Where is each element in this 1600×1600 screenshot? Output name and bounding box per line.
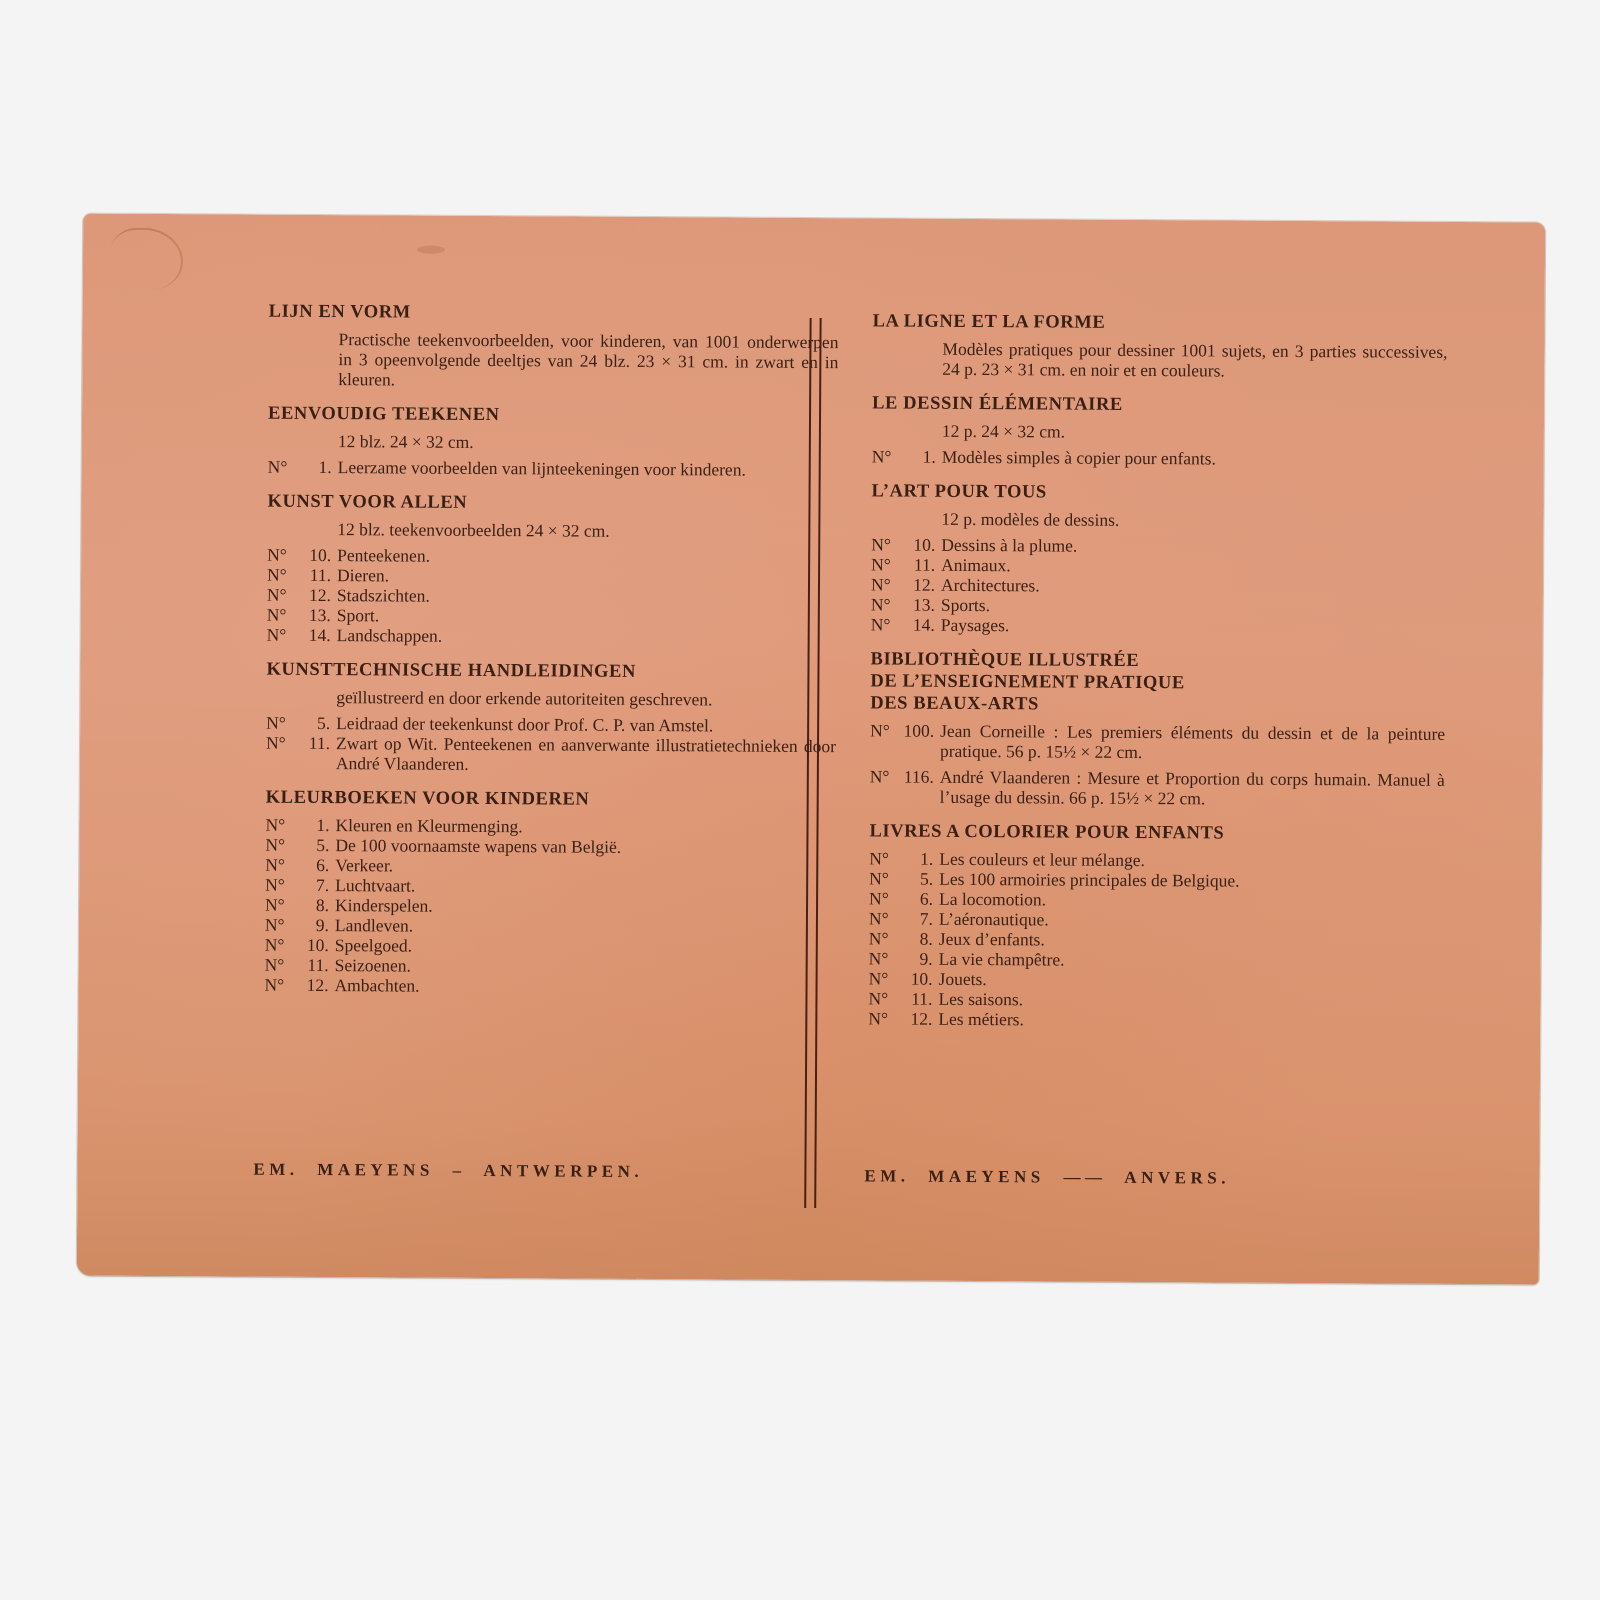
item-number-sign: N°	[265, 915, 289, 935]
item-number-sign: N°	[267, 585, 291, 605]
item-number: 10.	[893, 969, 939, 989]
item-number-sign: N°	[871, 594, 895, 614]
item-number-sign: N°	[267, 625, 291, 645]
item-number: 8.	[893, 929, 939, 949]
item-number: 10.	[291, 545, 337, 565]
item-number-sign: N°	[868, 1008, 892, 1028]
item-number-sign: N°	[268, 457, 292, 477]
catalog-item: N°116.André Vlaanderen : Mesure et Propo…	[870, 766, 1445, 810]
french-column: LA LIGNE ET LA FORMEModèles pratiques po…	[868, 310, 1447, 1045]
item-number: 5.	[289, 835, 335, 855]
item-number: 14.	[291, 625, 337, 645]
catalog-item: N°1.Leerzame voorbeelden van lijnteekeni…	[268, 457, 838, 480]
item-number: 10.	[895, 535, 941, 555]
catalog-item: N°12.Ambachten.	[264, 975, 834, 998]
item-number: 5.	[290, 713, 336, 733]
item-title: Leerzame voorbeelden van lijnteekeningen…	[338, 457, 838, 480]
section-heading: L’ART POUR TOUS	[872, 480, 1447, 506]
dutch-column: LIJN EN VORMPractische teekenvoorbeelden…	[264, 301, 838, 1012]
item-number-sign: N°	[267, 605, 291, 625]
catalog-item: N°100.Jean Corneille : Les premiers élém…	[870, 720, 1445, 764]
section-heading: LA LIGNE ET LA FORME	[873, 310, 1448, 336]
item-number-sign: N°	[869, 888, 893, 908]
item-number: 6.	[289, 855, 335, 875]
section-heading: KUNSTTECHNISCHE HANDLEIDINGEN	[266, 659, 836, 684]
section-description: Practische teekenvoorbeelden, voor kinde…	[268, 329, 838, 392]
section-description: 12 p. modèles de dessins.	[871, 508, 1446, 532]
catalog-section: LIVRES A COLORIER POUR ENFANTSN°1.Les co…	[868, 820, 1444, 1032]
item-number-sign: N°	[265, 815, 289, 835]
catalog-section: KUNSTTECHNISCHE HANDLEIDINGENgeïllustree…	[266, 659, 837, 776]
item-number: 1.	[289, 815, 335, 835]
item-number: 5.	[893, 869, 939, 889]
item-number-sign: N°	[266, 733, 290, 773]
item-title: Modèles simples à copier pour enfants.	[942, 447, 1447, 470]
item-number-sign: N°	[871, 574, 895, 594]
item-number-sign: N°	[871, 614, 895, 634]
item-number-sign: N°	[265, 835, 289, 855]
item-number: 1.	[896, 447, 942, 467]
section-heading: EENVOUDIG TEEKENEN	[268, 403, 838, 428]
catalog-section: BIBLIOTHÈQUE ILLUSTRÉE DE L’ENSEIGNEMENT…	[870, 648, 1446, 810]
catalog-section: LA LIGNE ET LA FORMEModèles pratiques po…	[872, 310, 1447, 382]
item-number: 11.	[895, 555, 941, 575]
catalog-sheet: LIJN EN VORMPractische teekenvoorbeelden…	[77, 214, 1545, 1285]
item-number: 14.	[895, 615, 941, 635]
catalog-section: LE DESSIN ÉLÉMENTAIRE12 p. 24 × 32 cm.N°…	[872, 392, 1447, 470]
catalog-item: N°11.Zwart op Wit. Penteekenen en aanver…	[266, 733, 836, 776]
item-number: 11.	[892, 989, 938, 1009]
section-heading: LIJN EN VORM	[269, 301, 839, 326]
paper-spot	[417, 246, 445, 254]
item-number-sign: N°	[265, 935, 289, 955]
item-number: 12.	[288, 975, 334, 995]
item-number: 116.	[894, 767, 940, 807]
catalog-item: N°14.Paysages.	[871, 614, 1446, 638]
item-number: 7.	[893, 909, 939, 929]
item-number-sign: N°	[869, 948, 893, 968]
item-number: 100.	[894, 721, 940, 761]
item-number-sign: N°	[265, 955, 289, 975]
item-number: 12.	[895, 575, 941, 595]
publisher-footer-french: EM. MAEYENS —— ANVERS.	[864, 1166, 1230, 1188]
catalog-section: KLEURBOEKEN VOOR KINDERENN°1.Kleuren en …	[264, 787, 835, 998]
section-description: 12 blz. 24 × 32 cm.	[268, 431, 838, 454]
item-number-sign: N°	[265, 875, 289, 895]
item-number-sign: N°	[265, 895, 289, 915]
item-number: 11.	[290, 733, 336, 773]
item-number: 1.	[292, 457, 338, 477]
item-title: Ambachten.	[334, 975, 834, 998]
item-number-sign: N°	[267, 565, 291, 585]
section-heading: KLEURBOEKEN VOOR KINDEREN	[266, 787, 836, 812]
item-number: 12.	[291, 585, 337, 605]
item-title: André Vlaanderen : Mesure et Proportion …	[940, 767, 1445, 810]
item-number: 13.	[895, 595, 941, 615]
item-number: 13.	[291, 605, 337, 625]
section-description: 12 p. 24 × 32 cm.	[872, 420, 1447, 444]
item-number-sign: N°	[264, 975, 288, 995]
item-number-sign: N°	[869, 848, 893, 868]
item-title: Landschappen.	[337, 625, 837, 648]
publisher-footer-dutch: EM. MAEYENS – ANTWERPEN.	[253, 1160, 643, 1182]
item-title: Zwart op Wit. Penteekenen en aanverwante…	[336, 733, 836, 776]
item-number-sign: N°	[870, 766, 894, 806]
item-number-sign: N°	[267, 545, 291, 565]
section-heading: LE DESSIN ÉLÉMENTAIRE	[872, 392, 1447, 418]
item-title: Paysages.	[941, 615, 1446, 638]
section-heading: LIVRES A COLORIER POUR ENFANTS	[869, 820, 1444, 846]
item-number-sign: N°	[872, 446, 896, 466]
catalog-item: N°12.Les métiers.	[868, 1008, 1443, 1032]
item-number: 12.	[892, 1009, 938, 1029]
item-number: 9.	[289, 915, 335, 935]
catalog-section: KUNST VOOR ALLEN12 blz. teekenvoorbeelde…	[267, 491, 838, 648]
item-number: 11.	[289, 955, 335, 975]
catalog-section: EENVOUDIG TEEKENEN12 blz. 24 × 32 cm.N°1…	[268, 403, 838, 480]
item-number-sign: N°	[870, 720, 894, 760]
item-number-sign: N°	[265, 855, 289, 875]
item-title: Jean Corneille : Les premiers éléments d…	[940, 721, 1445, 764]
section-heading: KUNST VOOR ALLEN	[267, 491, 837, 516]
section-description: Modèles pratiques pour dessiner 1001 suj…	[872, 338, 1447, 382]
item-number: 11.	[291, 565, 337, 585]
item-number-sign: N°	[869, 908, 893, 928]
water-stain	[111, 228, 183, 290]
item-number-sign: N°	[871, 534, 895, 554]
item-number-sign: N°	[871, 554, 895, 574]
section-heading: BIBLIOTHÈQUE ILLUSTRÉE DE L’ENSEIGNEMENT…	[870, 648, 1445, 718]
item-title: Les métiers.	[938, 1009, 1443, 1032]
catalog-section: LIJN EN VORMPractische teekenvoorbeelden…	[268, 301, 839, 392]
item-number-sign: N°	[869, 968, 893, 988]
item-number-sign: N°	[266, 713, 290, 733]
item-number-sign: N°	[868, 988, 892, 1008]
item-number-sign: N°	[869, 868, 893, 888]
catalog-section: L’ART POUR TOUS12 p. modèles de dessins.…	[871, 480, 1447, 638]
item-number-sign: N°	[869, 928, 893, 948]
item-number: 8.	[289, 895, 335, 915]
section-description: geïllustreerd en door erkende autoriteit…	[266, 687, 836, 710]
item-number: 9.	[893, 949, 939, 969]
catalog-item: N°14.Landschappen.	[267, 625, 837, 648]
item-number: 7.	[289, 875, 335, 895]
catalog-item: N°1.Modèles simples à copier pour enfant…	[872, 446, 1447, 470]
item-number: 1.	[893, 849, 939, 869]
item-number: 10.	[289, 935, 335, 955]
section-description: 12 blz. teekenvoorbeelden 24 × 32 cm.	[267, 519, 837, 542]
item-number: 6.	[893, 889, 939, 909]
